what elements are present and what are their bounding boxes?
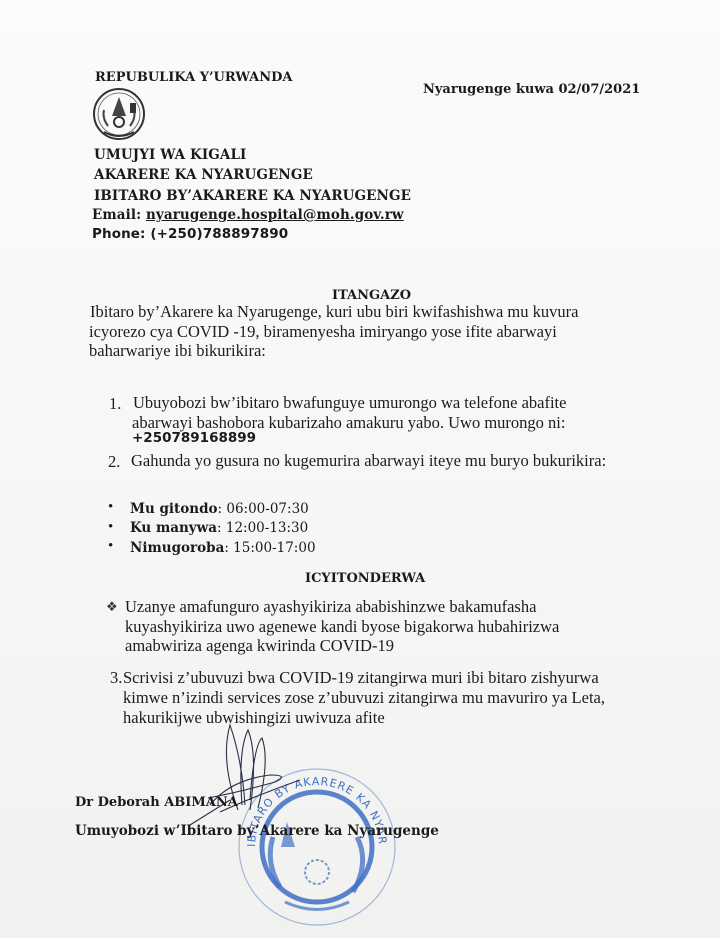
note-title: ICYITONDERWA xyxy=(305,571,425,586)
handwritten-signature-icon xyxy=(150,720,350,830)
rwanda-coat-of-arms-icon xyxy=(90,86,148,144)
list-item-number: 1. xyxy=(109,394,121,413)
list-item-text: kimwe n’izindi services zose z’ubuvuzi z… xyxy=(123,688,605,707)
city-line: UMUJYI WA KIGALI xyxy=(94,147,246,163)
schedule-label: Nimugoroba xyxy=(130,540,224,556)
signer-name: Dr Deborah ABIMANA xyxy=(75,795,238,810)
email-label: Email: xyxy=(92,207,141,223)
list-item-text: Gahunda yo gusura no kugemurira abarwayi… xyxy=(131,451,606,470)
phone-label: Phone: xyxy=(92,226,146,242)
announcement-title: ITANGAZO xyxy=(332,288,411,303)
hospital-line: IBITARO BY’AKARERE KA NYARUGENGE xyxy=(94,188,411,204)
bullet-icon: • xyxy=(108,519,113,536)
intro-line: icyorezo cya COVID -19, biramenyesha imi… xyxy=(89,322,557,341)
note-text: Uzanye amafunguro ayashyikiriza ababishi… xyxy=(125,597,536,616)
list-item-text: Scrivisi z’ubuvuzi bwa COVID-19 zitangir… xyxy=(123,668,599,687)
date-line: Nyarugenge kuwa 02/07/2021 xyxy=(423,82,640,97)
email-row: Email: nyarugenge.hospital@moh.gov.rw xyxy=(92,207,404,223)
country-header: REPUBULIKA Y’URWANDA xyxy=(95,70,293,85)
note-text: kuyashyikiriza uwo agenewe kandi byose b… xyxy=(125,617,559,636)
intro-line: baharwariye ibi bikurikira: xyxy=(89,341,266,360)
schedule-label: Mu gitondo xyxy=(130,501,218,517)
schedule-time: : 12:00-13:30 xyxy=(217,520,308,536)
schedule-label: Ku manywa xyxy=(130,520,217,536)
bullet-icon: • xyxy=(108,538,113,555)
district-line: AKARERE KA NYARUGENGE xyxy=(94,167,313,183)
schedule-time: : 06:00-07:30 xyxy=(218,501,309,517)
hotline-number: +250789168899 xyxy=(132,430,256,446)
schedule-item: Mu gitondo: 06:00-07:30 xyxy=(130,501,309,517)
schedule-item: Nimugoroba: 15:00-17:00 xyxy=(130,540,316,556)
email-link[interactable]: nyarugenge.hospital@moh.gov.rw xyxy=(146,207,404,223)
document-page: REPUBULIKA Y’URWANDA Nyarugenge kuwa 02/… xyxy=(0,0,720,938)
phone-number: (+250)788897890 xyxy=(150,226,288,242)
schedule-time: : 15:00-17:00 xyxy=(224,540,315,556)
phone-row: Phone: (+250)788897890 xyxy=(92,226,288,242)
bullet-icon: • xyxy=(108,499,113,516)
note-text: amabwiriza agenga kwirinda COVID-19 xyxy=(125,636,394,655)
list-item-number: 3. xyxy=(110,668,122,687)
signer-title: Umuyobozi w’Ibitaro by’Akarere ka Nyarug… xyxy=(75,823,439,839)
list-item-text: Ubuyobozi bw’ibitaro bwafunguye umurongo… xyxy=(133,393,566,412)
intro-line: Ibitaro by’Akarere ka Nyarugenge, kuri u… xyxy=(90,302,578,321)
schedule-item: Ku manywa: 12:00-13:30 xyxy=(130,520,308,536)
list-item-number: 2. xyxy=(108,452,120,471)
four-diamond-bullet-icon: ❖ xyxy=(106,599,118,615)
